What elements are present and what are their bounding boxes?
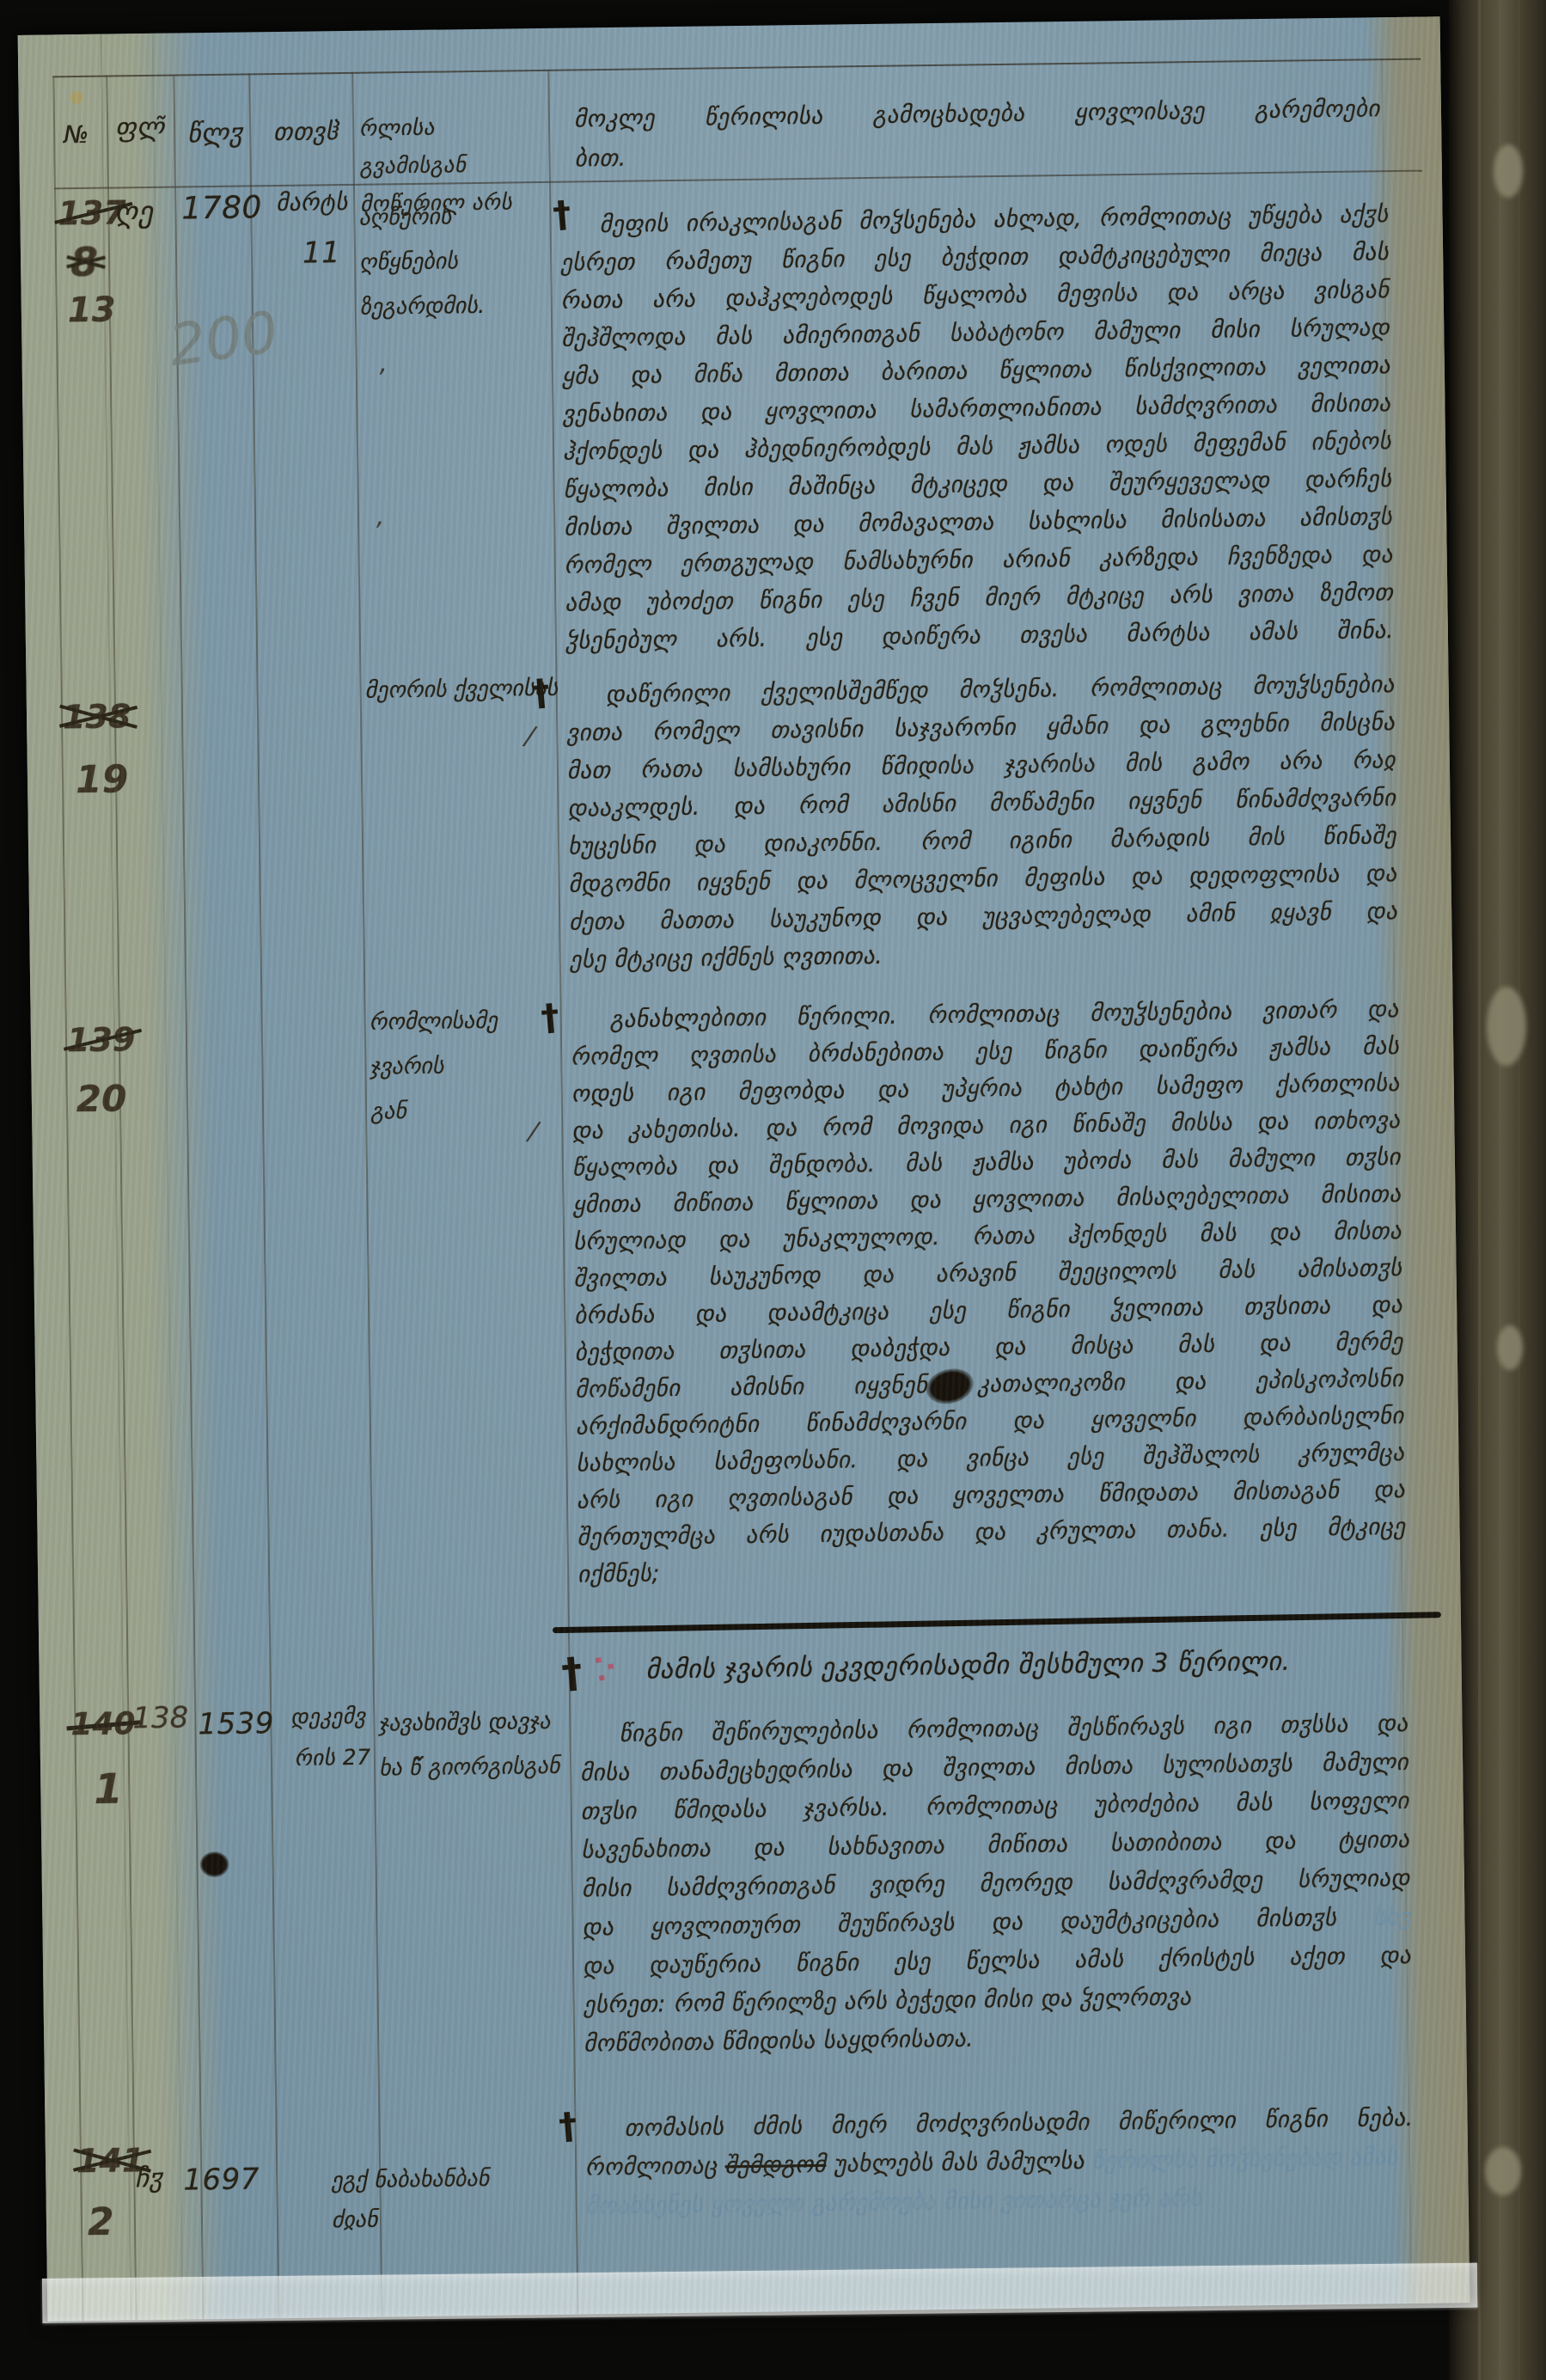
line-segment: და ყოვლითურთ შეუწირავს და დაუმტკიცებია მ… [582,1904,1373,1941]
cross-mark: † [559,1649,584,1698]
column-rule [351,72,382,2317]
entry1-month: მარტს [276,189,348,217]
pen-flourish: ʼ [375,517,383,547]
cross-mark: † [558,2104,579,2148]
entry1c-number: 20 [76,1077,127,1120]
cross-mark: † [540,995,561,1039]
entry2-source: ჯავახიშვს დავჯა ხა წ̃ გიორგისგან [378,1698,594,1790]
edge-tear [1497,1325,1523,1370]
entry1-paragraph1: მეფის ირაკლისაგან მოჴსენება ახლად, რომლი… [559,196,1394,661]
entry3-paragraph: თომასის ძმის მიერ მოძღვრისადმი მიწერილი … [584,2099,1415,2226]
pen-flourish: ∕ [523,721,535,752]
entry1-paragraph3: განახლებითი წერილი. რომლითაც მოუჴსენებია… [570,991,1406,1594]
entry1-folio: ღე [114,195,154,230]
light-ink: სხჳ [1373,1904,1411,1931]
entry1-sec1-source: აღწერის ღწყნების ზეგარდმის. [358,193,558,330]
edge-streak [1478,0,1481,2380]
register-page: № ფლ̃ წლჳ თთვჱ რლისა გვამისგან მოწერილ ა… [18,16,1470,2321]
entry1c-old-number: 139 [67,1020,136,1059]
photographed-manuscript: № ფლ̃ წლჳ თთვჱ რლისა გვამისგან მოწერილ ა… [0,0,1546,2380]
edge-tear [1494,144,1523,198]
red-annotation-mark: ჻ [590,1635,620,1692]
entry1b-number: 19 [76,757,129,802]
line-segment: უახლებს მას მამულსა [826,2148,1092,2178]
crease [101,34,132,2321]
entry2-month-line2: რის 27 [295,1745,371,1771]
entry3-source: ეგქ ნაბახანბან ძჲან [331,2158,555,2240]
header-from-line1: რლისა გვამისგან [359,107,549,186]
header-folio: ფლ̃ [115,113,165,144]
entry1b-old-number: 138 [63,697,131,736]
entry2-paragraph: წიგნი შეწირულებისა რომლითაც შესწირავს იგ… [579,1704,1412,2064]
entry1-paragraph2: დაწერილი ქველისშემწედ მოჴსენა. რომლითაც … [565,666,1398,980]
header-year: წლჳ [187,119,243,150]
edge-tear [1485,2147,1521,2195]
pen-flourish: ʼ [378,364,387,394]
edge-streak [1499,0,1501,2380]
entry1-sec3-source: რომლისამე ჯვარის გან [369,998,568,1135]
header-month: თთვჱ [273,117,339,146]
column-rule [248,73,279,2318]
header-desc: მოკლე წერილისა გამოცხადება ყოვლისავე გარ… [574,89,1381,179]
ink-stain [70,91,83,104]
entry2-mid-number: 138 [132,1701,188,1736]
entry2-month-line1: დეკემვ [290,1704,366,1729]
entry3-number: 2 [88,2200,114,2244]
entry1-number: 13 [68,290,116,330]
entry1-day: 11 [302,236,341,271]
hand-drawn-rule [553,1612,1441,1633]
light-ink: წერილსა მოჴსენებად ამას [1092,2144,1399,2175]
ink-blot [199,1851,229,1877]
edge-tear [1487,987,1526,1066]
table-top-rule [52,58,1421,78]
entry3-folio: ჩჳ [135,2163,162,2193]
entry2-number: 1 [94,1765,123,1814]
light-ink: მოახსენეს ყოველი გარემოება მისი ვითარცა … [586,2185,1202,2219]
entry2-old-number: 140 [70,1706,136,1742]
edge-streak [1518,0,1520,2380]
entry1-scrawl: 8 [70,239,99,285]
pencil-archival-number: 200 [166,299,282,379]
cross-mark: † [530,670,552,714]
entry1-year: 1780 [181,190,262,226]
entry2-year: 1539 [198,1706,274,1741]
struckw: შემდგომ [724,2151,826,2180]
repair-tape [42,2263,1477,2323]
section-heading: მამის ჯვარის ეკვდერისადმი შესხმული 3 წერ… [645,1645,1393,1685]
header-no: № [64,120,89,149]
entry3-year: 1697 [183,2162,260,2197]
line-segment: რომლითაც [585,2152,725,2181]
